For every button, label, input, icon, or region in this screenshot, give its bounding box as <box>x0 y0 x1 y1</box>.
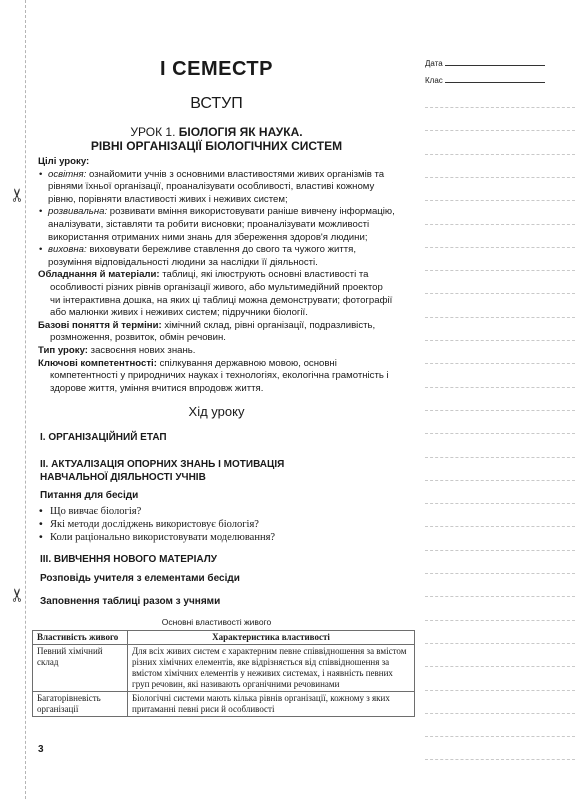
table-cell: Певний хімічний склад <box>33 645 128 692</box>
cut-line <box>25 0 26 799</box>
lesson-type-label: Тип уроку: <box>38 345 88 356</box>
table-cell: Для всіх живих систем є характерним певн… <box>128 645 415 692</box>
stage-3-heading: ІІІ. ВИВЧЕННЯ НОВОГО МАТЕРІАЛУ <box>40 554 217 565</box>
stage-2-heading: ІІ. АКТУАЛІЗАЦІЯ ОПОРНИХ ЗНАНЬ І МОТИВАЦ… <box>40 458 284 484</box>
goal-item: розвивальна: розвивати вміння використов… <box>38 206 395 244</box>
page-number: 3 <box>38 744 44 755</box>
goal-text: виховувати бережливе ставлення до свого … <box>48 244 356 268</box>
note-line <box>425 666 575 667</box>
date-field[interactable]: Дата <box>425 59 545 68</box>
stage-2-line1: ІІ. АКТУАЛІЗАЦІЯ ОПОРНИХ ЗНАНЬ І МОТИВАЦ… <box>40 459 284 470</box>
lesson-title-line2: РІВНІ ОРГАНІЗАЦІЇ БІОЛОГІЧНИХ СИСТЕМ <box>91 139 342 153</box>
note-line <box>425 154 575 155</box>
course-title: Хід уроку <box>38 404 395 419</box>
goal-item: освітня: ознайомити учнів з основними вл… <box>38 169 395 207</box>
lesson-type-text: засвоєння нових знань. <box>88 345 195 356</box>
note-line <box>425 293 575 294</box>
note-line <box>425 317 575 318</box>
goal-item: виховна: виховувати бережливе ставлення … <box>38 244 395 269</box>
lesson-prefix: УРОК 1. <box>130 125 178 139</box>
note-line <box>425 550 575 551</box>
goals-list: освітня: ознайомити учнів з основними вл… <box>38 169 395 270</box>
stage-2-line2: НАВЧАЛЬНОЇ ДІЯЛЬНОСТІ УЧНІВ <box>40 472 206 483</box>
teacher-story-heading: Розповідь учителя з елементами бесіди <box>40 573 240 584</box>
properties-table: Властивість живого Характеристика власти… <box>32 630 415 717</box>
questions-list: Що вивчає біологія? Які методи досліджен… <box>38 505 275 544</box>
note-line <box>425 759 575 760</box>
lesson-title: УРОК 1. БІОЛОГІЯ ЯК НАУКА. РІВНІ ОРГАНІЗ… <box>38 125 395 153</box>
note-line <box>425 177 575 178</box>
equipment-label: Обладнання й матеріали: <box>38 269 160 280</box>
note-line <box>425 503 575 504</box>
note-line <box>425 270 575 271</box>
goal-text: ознайомити учнів з основними властивостя… <box>48 169 384 205</box>
equipment-paragraph: Обладнання й матеріали: таблиці, які ілю… <box>38 269 395 319</box>
table-caption: Основні властивості живого <box>38 617 395 627</box>
table-row: Певний хімічний склад Для всіх живих сис… <box>33 645 415 692</box>
table-cell: Багаторівневість організації <box>33 692 128 717</box>
note-line <box>425 200 575 201</box>
note-line <box>425 410 575 411</box>
lesson-info: Цілі уроку: освітня: ознайомити учнів з … <box>38 156 395 395</box>
scissors-icon: ✂ <box>9 187 27 202</box>
concepts-label: Базові поняття й терміни: <box>38 320 162 331</box>
note-line <box>425 340 575 341</box>
section-heading: ВСТУП <box>38 95 395 113</box>
note-line <box>425 363 575 364</box>
note-line <box>425 643 575 644</box>
class-label: Клас <box>425 76 443 85</box>
note-line <box>425 573 575 574</box>
question-item: Що вивчає біологія? <box>38 505 275 518</box>
note-line <box>425 480 575 481</box>
note-line <box>425 736 575 737</box>
class-line[interactable] <box>445 76 545 83</box>
date-line[interactable] <box>445 59 545 66</box>
competencies-label: Ключові компетентності: <box>38 358 157 369</box>
note-line <box>425 596 575 597</box>
note-line <box>425 526 575 527</box>
question-item: Які методи досліджень використовує біоло… <box>38 518 275 531</box>
note-line <box>425 713 575 714</box>
table-cell: Біологічні системи мають кілька рівнів о… <box>128 692 415 717</box>
note-line <box>425 690 575 691</box>
lesson-title-line1: БІОЛОГІЯ ЯК НАУКА. <box>179 125 303 139</box>
date-label: Дата <box>425 59 443 68</box>
note-line <box>425 224 575 225</box>
goal-type: виховна: <box>48 244 87 255</box>
table-header-row: Властивість живого Характеристика власти… <box>33 631 415 645</box>
scissors-icon: ✂ <box>9 587 27 602</box>
note-line <box>425 247 575 248</box>
stage-1-heading: І. ОРГАНІЗАЦІЙНИЙ ЕТАП <box>40 432 167 443</box>
competencies-paragraph: Ключові компетентності: спілкування держ… <box>38 358 395 396</box>
note-line <box>425 620 575 621</box>
note-line <box>425 433 575 434</box>
question-item: Коли раціонально використовувати моделюв… <box>38 531 275 544</box>
note-line <box>425 387 575 388</box>
note-line <box>425 457 575 458</box>
semester-heading: І СЕМЕСТР <box>38 58 395 81</box>
table-filling-heading: Заповнення таблиці разом з учнями <box>40 596 220 607</box>
lesson-type-paragraph: Тип уроку: засвоєння нових знань. <box>38 345 395 358</box>
class-field[interactable]: Клас <box>425 76 545 85</box>
questions-title: Питання для бесіди <box>40 490 138 501</box>
table-row: Багаторівневість організації Біологічні … <box>33 692 415 717</box>
concepts-paragraph: Базові поняття й терміни: хімічний склад… <box>38 320 395 345</box>
table-header: Характеристика властивості <box>128 631 415 645</box>
goal-type: розвивальна: <box>48 206 107 217</box>
table-header: Властивість живого <box>33 631 128 645</box>
note-line <box>425 130 575 131</box>
goal-type: освітня: <box>48 169 86 180</box>
note-line <box>425 107 575 108</box>
goals-label: Цілі уроку: <box>38 156 395 169</box>
